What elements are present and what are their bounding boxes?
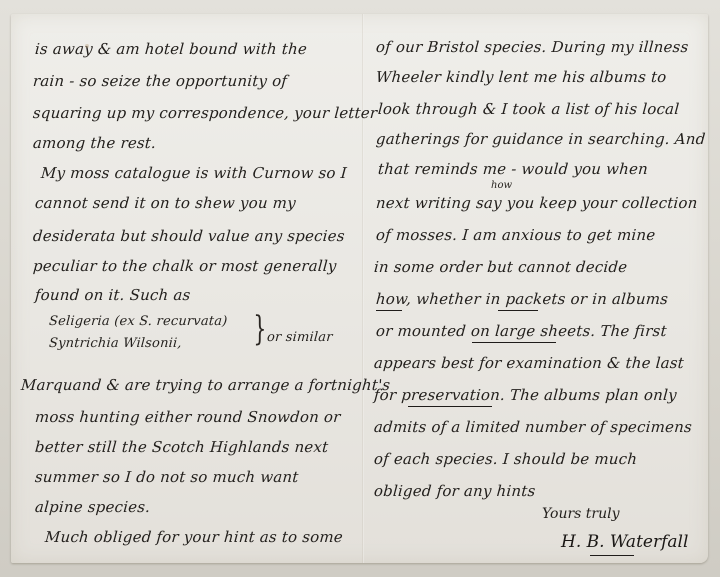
letter-line: is away & am hotel bound with the bbox=[34, 40, 307, 58]
letter-line: found on it. Such as bbox=[34, 286, 191, 304]
underline-preservation bbox=[408, 406, 492, 407]
letter-sheet: is away & am hotel bound with the rain -… bbox=[11, 14, 708, 563]
letter-line: moss hunting either round Snowdon or bbox=[34, 408, 341, 426]
inserted-word: how bbox=[491, 180, 512, 191]
letter-line: admits of a limited number of specimens bbox=[373, 418, 692, 436]
bracket-note: or similar bbox=[266, 330, 333, 345]
letter-line: rain - so seize the opportunity of bbox=[32, 72, 287, 90]
underline-packets bbox=[498, 310, 538, 311]
signature-underline bbox=[590, 555, 634, 556]
letter-line: among the rest. bbox=[32, 134, 156, 152]
underline-how bbox=[376, 310, 402, 311]
letter-line: alpine species. bbox=[34, 498, 150, 516]
letter-line: summer so I do not so much want bbox=[34, 468, 299, 486]
letter-line: gatherings for guidance in searching. An… bbox=[375, 130, 706, 148]
closing-salutation: Yours truly bbox=[542, 506, 620, 522]
paper-speck bbox=[85, 44, 89, 48]
page-fold bbox=[362, 14, 364, 563]
letter-line: or mounted on large sheets. The first bbox=[375, 322, 667, 340]
letter-line: better still the Scotch Highlands next bbox=[34, 438, 329, 456]
letter-line: that reminds me - would you when bbox=[377, 160, 648, 178]
right-page: of our Bristol species. During my illnes… bbox=[366, 14, 708, 563]
letter-line: of our Bristol species. During my illnes… bbox=[375, 38, 689, 56]
letter-line: for preservation. The albums plan only bbox=[373, 386, 677, 404]
left-page: is away & am hotel bound with the rain -… bbox=[11, 14, 361, 563]
letter-line: obliged for any hints bbox=[373, 482, 536, 500]
letter-line: Wheeler kindly lent me his albums to bbox=[375, 68, 667, 86]
species-line: Syntrichia Wilsonii, bbox=[48, 336, 182, 351]
letter-line: appears best for examination & the last bbox=[373, 354, 684, 372]
letter-line: of each species. I should be much bbox=[373, 450, 637, 468]
letter-line: Marquand & are trying to arrange a fortn… bbox=[20, 376, 391, 394]
letter-line: squaring up my correspondence, your lett… bbox=[32, 104, 378, 122]
bracket-brace: } bbox=[253, 312, 266, 346]
letter-line: look through & I took a list of his loca… bbox=[377, 100, 680, 118]
signature: H. B. Waterfall bbox=[561, 532, 688, 552]
letter-line: desiderata but should value any species bbox=[32, 227, 345, 245]
letter-line: next writing say you keep your collectio… bbox=[375, 194, 698, 212]
underline-large-sheets bbox=[472, 342, 556, 343]
letter-line: Much obliged for your hint as to some bbox=[44, 528, 343, 546]
letter-line: of mosses. I am anxious to get mine bbox=[375, 226, 656, 244]
letter-line: peculiar to the chalk or most generally bbox=[32, 257, 337, 275]
letter-line: My moss catalogue is with Curnow so I bbox=[40, 164, 347, 182]
species-line: Seligeria (ex S. recurvata) bbox=[48, 314, 227, 329]
letter-line: in some order but cannot decide bbox=[373, 258, 628, 276]
letter-line: cannot send it on to shew you my bbox=[34, 194, 296, 212]
letter-line: how, whether in packets or in albums bbox=[375, 290, 668, 308]
